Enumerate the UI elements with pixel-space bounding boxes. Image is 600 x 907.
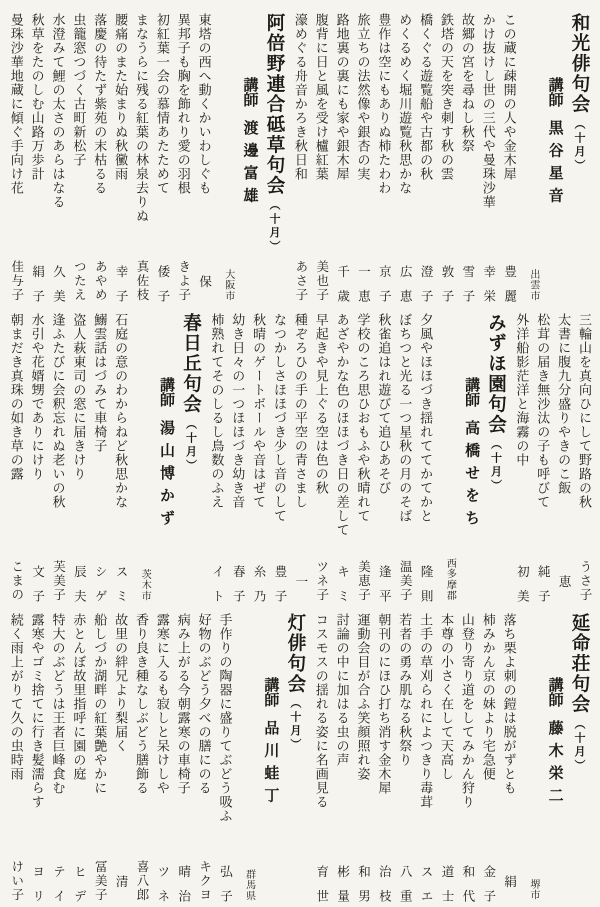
haiku-author: うさ子 xyxy=(577,560,591,602)
haiku-author: キミ xyxy=(335,565,349,614)
haiku-column: 水引や花婿甥でありにけり文子 xyxy=(30,313,44,602)
haiku-column: めくるめく堀川遊覧秋思かな広恵 xyxy=(398,13,412,302)
lecturer-label: 講師 xyxy=(547,677,563,707)
haiku-column: 学校のころ思ひおもふや秋晴れて美恵子 xyxy=(356,313,370,602)
haiku-author: 金子 xyxy=(481,865,495,907)
lecturer-label: 講師 xyxy=(158,377,174,407)
haiku-column: 水澄みて鯉の太さのあらはなる久美 xyxy=(51,13,65,302)
haiku-author: 道士 xyxy=(439,865,453,907)
haiku-column: 続く雨上がりて久の虫時雨けい子 xyxy=(9,613,23,902)
haiku-author: 晴治 xyxy=(176,865,190,907)
haiku-column: 東塔の西へ動くかいわしぐも保 xyxy=(197,13,211,302)
haiku-text: 逢ふたびに会釈忘れぬ老いの秋 xyxy=(51,313,65,509)
haiku-column: 幼き日々の一つほほづき幼き音春子 xyxy=(231,313,245,602)
haiku-column: 腹背に日と風を受け櫨紅葉美也子 xyxy=(314,13,328,302)
haiku-author: 辰夫 xyxy=(72,565,86,614)
lecturer-label: 講師 xyxy=(242,77,258,107)
lecturer-name: 湯山博かず xyxy=(158,420,174,533)
haiku-column: 朝刊のにほひ打ち消す金木犀治枝 xyxy=(377,613,391,902)
haiku-text: 柿みかん京の妹より宅急便 xyxy=(481,613,495,781)
haiku-text: 船しづか湖畔の紅葉艶やかに xyxy=(93,613,107,795)
haiku-author: 幸栄 xyxy=(481,265,495,314)
haiku-column: 旅立ちの法然像や銀杏の実一恵 xyxy=(356,13,370,302)
haiku-author: 一 xyxy=(293,575,307,589)
haiku-column: 秋晴のゲートボールや音はぜて糸乃 xyxy=(251,313,265,602)
haiku-text: 露寒やゴミ捨てに行き髪濡らす xyxy=(30,613,44,809)
city-label: 大阪市 xyxy=(223,269,234,301)
haiku-author: 美恵子 xyxy=(356,560,370,602)
haiku-author: ツネ子 xyxy=(314,560,328,602)
haiku-column: 柿熟れてそのしるし鳥数のふえイト xyxy=(210,313,224,602)
haiku-column: 異邦子も胸を飾れり愛の羽根きよ子 xyxy=(176,13,190,302)
haiku-text: 盗人萩東司の窓に届きけり xyxy=(72,313,86,481)
haiku-author: 春子 xyxy=(231,565,245,614)
haiku-text: 秋晴のゲートボールや音はぜて xyxy=(251,313,265,509)
haiku-column: 腰痛のまた始まりぬ秋黴雨幸子 xyxy=(113,13,127,302)
section-city: 群馬県 xyxy=(244,613,255,902)
haiku-author: こまの xyxy=(9,560,23,602)
haiku-column: かけ抜けし世の三代や曼珠沙華幸栄 xyxy=(481,13,495,302)
lecturer-name: 品川蛙丁 xyxy=(262,720,278,810)
haiku-column: 露寒やゴミ捨てに行き髪濡らすヨリ xyxy=(30,613,44,902)
haiku-text: 故郷の宮を尋ねし秋祭 xyxy=(460,13,474,153)
haiku-column: 落慶の待たず紫苑の末枯るるあやめ xyxy=(93,13,107,302)
haiku-text: 露寒に入るも寂しと呆けしや xyxy=(155,613,169,795)
city-label: 西多摩郡 xyxy=(444,558,455,601)
haiku-column: 露寒に入るも寂しと呆けしやツネ xyxy=(155,613,169,902)
section-lecturer: 講師黒谷星音 xyxy=(546,13,562,302)
section-city: 出雲市 xyxy=(528,13,539,302)
haiku-author: 清 xyxy=(113,875,127,889)
city-label: 出雲市 xyxy=(528,269,539,301)
haiku-text: 種ぞろひの手の平空の青さまし xyxy=(293,313,307,509)
haiku-magazine-page: 和光俳句会（十月） 講師黒谷星音 出雲市 この蔵に疎開の人や金木犀豊麗 かけ抜け… xyxy=(0,0,600,907)
lecturer-name: 渡邊富雄 xyxy=(242,120,258,210)
haiku-text: 夕風やほほづき揺れててかてかと xyxy=(418,313,432,523)
haiku-author: 絹子 xyxy=(30,265,44,314)
haiku-author: 一恵 xyxy=(356,265,370,314)
city-label: 茨木市 xyxy=(139,569,150,601)
haiku-column: 逢ふたびに会釈忘れぬ老いの秋芙美子 xyxy=(51,313,65,602)
haiku-text: 水澄みて鯉の太さのあらはなる xyxy=(51,13,65,209)
haiku-column: まなうらに残る紅葉の林泉去りぬ真佐枝 xyxy=(134,13,148,302)
haiku-column: 運動会目が合ふ笑顔照れ姿和男 xyxy=(356,613,370,902)
haiku-text: 朝刊のにほひ打ち消す金木犀 xyxy=(377,613,391,795)
haiku-text: 故里の絆兄より梨届く xyxy=(113,613,127,753)
haiku-author: 倭子 xyxy=(155,265,169,314)
haiku-column: 橋くぐる遊覧船や古都の秋澄子 xyxy=(418,13,432,302)
haiku-author: ツネ xyxy=(155,865,169,907)
haiku-author: 治枝 xyxy=(377,865,391,907)
haiku-text: なつかしさほほづき少し音のして xyxy=(272,313,286,523)
haiku-text: 太書に腹九分盛りやきのこ飯 xyxy=(556,313,570,495)
band-middle: 三輪山を真向ひにして野路の秋うさ子 太書に腹九分盛りやきのこ飯恵 松茸の届き無沙… xyxy=(9,313,591,602)
section-title-text: 灯俳句会 xyxy=(285,613,305,694)
section-title: 春日丘句会（十月） xyxy=(180,313,199,602)
band-top: 和光俳句会（十月） 講師黒谷星音 出雲市 この蔵に疎開の人や金木犀豊麗 かけ抜け… xyxy=(9,13,591,302)
section-lecturer: 講師藤木栄二 xyxy=(546,613,562,902)
section-title: 灯俳句会（十月） xyxy=(284,613,303,902)
haiku-author: 糸乃 xyxy=(251,565,265,614)
haiku-column: 太書に腹九分盛りやきのこ飯恵 xyxy=(556,313,570,602)
haiku-text: 若者の勇み肌なる秋祭り xyxy=(398,613,412,767)
city-label: 群馬県 xyxy=(244,869,255,901)
haiku-text: 橋くぐる遊覧船や古都の秋 xyxy=(418,13,432,181)
haiku-column: 種ぞろひの手の平空の青さまし一 xyxy=(293,313,307,602)
lecturer-name: 黒谷星音 xyxy=(547,120,563,210)
haiku-author: 久美 xyxy=(51,265,65,314)
haiku-column: 朝まだき真珠の如き草の露こまの xyxy=(9,313,23,602)
section-lecturer: 講師品川蛙丁 xyxy=(262,613,278,902)
haiku-author: 弘子 xyxy=(218,865,232,907)
haiku-author: キクヨ xyxy=(197,860,211,902)
haiku-text: この蔵に疎開の人や金木犀 xyxy=(502,13,516,181)
section-header-enmeiso: 延命荘句会（十月） 講師藤木栄二 堺市 xyxy=(528,613,588,902)
section-month: （十月） xyxy=(490,438,502,493)
haiku-text: 外洋船影茫洋と海霧の中 xyxy=(515,313,529,467)
haiku-author: 広恵 xyxy=(398,265,412,314)
section-city: 大阪市 xyxy=(223,13,234,302)
haiku-author: 純子 xyxy=(536,565,550,614)
haiku-column: 好物のぶどう夕べの膳にのるキクヨ xyxy=(197,613,211,902)
section-month: （十月） xyxy=(573,118,585,173)
haiku-column: 曼珠沙華地蔵に傾ぐ手向け花佳与子 xyxy=(9,13,23,302)
haiku-text: 落慶の待たず紫苑の末枯るる xyxy=(93,13,107,195)
haiku-text: 落ち栗よ刺の鎧は脱がずとも xyxy=(502,613,516,795)
haiku-text: 虫籠窓つづく古町新松子 xyxy=(72,13,86,167)
haiku-author: あさ子 xyxy=(293,260,307,302)
haiku-column: 山登り寄り道をしてみかん狩り和代 xyxy=(460,613,474,902)
section-title-text: 春日丘句会 xyxy=(180,313,200,415)
haiku-text: 鉄塔の天を突き刺す秋の雲 xyxy=(439,13,453,181)
haiku-text: 朝まだき真珠の如き草の露 xyxy=(9,313,23,481)
section-lecturer: 講師湯山博かず xyxy=(157,313,173,602)
band-bottom: 延命荘句会（十月） 講師藤木栄二 堺市 落ち栗よ刺の鎧は脱がずとも絹 柿みかん京… xyxy=(9,613,591,902)
haiku-author: 喜八郎 xyxy=(134,860,148,902)
haiku-text: かけ抜けし世の三代や曼珠沙華 xyxy=(481,13,495,209)
haiku-author: けい子 xyxy=(9,860,23,902)
haiku-text: 香り良き種なしぶどう膳飾る xyxy=(134,613,148,795)
haiku-column: 故里の絆兄より梨届く清 xyxy=(113,613,127,902)
haiku-text: 濠めぐる舟音かろき秋日和 xyxy=(293,13,307,181)
haiku-author: テイ xyxy=(51,865,65,907)
haiku-author: 佳与子 xyxy=(9,260,23,302)
haiku-column: 早起きや見上ぐる空は色の秋ツネ子 xyxy=(314,313,328,602)
haiku-author: ヒデ xyxy=(72,865,86,907)
haiku-text: 腹背に日と風を受け櫨紅葉 xyxy=(314,13,328,181)
haiku-text: めくるめく堀川遊覧秋思かな xyxy=(398,13,412,195)
haiku-column: 秋草をたのしむ山路万歩計絹子 xyxy=(30,13,44,302)
haiku-column: 濠めぐる舟音かろき秋日和あさ子 xyxy=(293,13,307,302)
haiku-column: 鉄塔の天を突き刺す秋の雲敦子 xyxy=(439,13,453,302)
section-header-wako: 和光俳句会（十月） 講師黒谷星音 出雲市 xyxy=(528,13,588,302)
haiku-column: 松茸の届き無沙汰の子も呼びて純子 xyxy=(536,313,550,602)
haiku-column: 三輪山を真向ひにして野路の秋うさ子 xyxy=(577,313,591,602)
haiku-text: 三輪山を真向ひにして野路の秋 xyxy=(577,313,591,509)
haiku-text: まなうらに残る紅葉の林泉去りぬ xyxy=(134,13,148,223)
haiku-text: 石庭の意のわからねど秋思かな xyxy=(113,313,127,509)
haiku-column: 石庭の意のわからねど秋思かなスミ xyxy=(113,313,127,602)
haiku-text: 腰痛のまた始まりぬ秋黴雨 xyxy=(113,13,127,181)
haiku-text: 秋草をたのしむ山路万歩計 xyxy=(30,13,44,181)
haiku-text: 水引や花婿甥でありにけり xyxy=(30,313,44,481)
haiku-author: あやめ xyxy=(93,260,107,302)
haiku-text: 豊作は空にもありぬ柿たわわ xyxy=(377,13,391,195)
section-header-abeno: 阿倍野連合砥草句会（十月） 講師渡邊富雄 大阪市 xyxy=(223,13,283,302)
haiku-text: 赤とんぼ故里指呼に園の庭 xyxy=(72,613,86,781)
haiku-author: イト xyxy=(210,565,224,614)
haiku-column: 路地裏の裏にも家や銀木犀千歳 xyxy=(335,13,349,302)
haiku-author: スエ xyxy=(418,865,432,907)
haiku-author: シゲ xyxy=(93,565,107,614)
section-title: 和光俳句会（十月） xyxy=(569,13,588,302)
haiku-column: 落ち栗よ刺の鎧は脱がずとも絹 xyxy=(502,613,516,902)
haiku-author: 芙美子 xyxy=(51,560,65,602)
lecturer-label: 講師 xyxy=(262,677,278,707)
haiku-text: あざやかな色のほほづき日の差して xyxy=(335,313,349,537)
haiku-author: つたえ xyxy=(72,260,86,302)
haiku-column: 故郷の宮を尋ねし秋祭雪子 xyxy=(460,13,474,302)
haiku-text: ぼちつと光る一つ星秋の月のそば xyxy=(398,313,412,523)
section-month: （十月） xyxy=(289,697,301,752)
section-title-text: 延命荘句会 xyxy=(569,613,589,715)
haiku-column: 手作りの陶器に盛りてぶどう吸ふ弘子 xyxy=(218,613,232,902)
haiku-text: 続く雨上がりて久の虫時雨 xyxy=(9,613,23,781)
haiku-column: 討論の中に加はる虫の声彬量 xyxy=(335,613,349,902)
haiku-author: 八重 xyxy=(398,865,412,907)
haiku-text: 早起きや見上ぐる空は色の秋 xyxy=(314,313,328,495)
haiku-author: 絹 xyxy=(502,875,516,889)
haiku-text: 手作りの陶器に盛りてぶどう吸ふ xyxy=(218,613,232,823)
haiku-author: ヨリ xyxy=(30,865,44,907)
section-header-akari: 灯俳句会（十月） 講師品川蛙丁 群馬県 xyxy=(244,613,304,902)
haiku-author: 和男 xyxy=(356,865,370,907)
haiku-text: 好物のぶどう夕べの膳にのる xyxy=(197,613,211,795)
haiku-text: コスモスの揺れる姿に名画見る xyxy=(314,613,328,809)
haiku-text: 異邦子も胸を飾れり愛の羽根 xyxy=(176,13,190,195)
haiku-author: 彬量 xyxy=(335,865,349,907)
haiku-text: 初紅葉一会の慕情あたためて xyxy=(155,13,169,195)
haiku-text: 路地裏の裏にも家や銀木犀 xyxy=(335,13,349,181)
haiku-column: 船しづか湖畔の紅葉艶やかに冨美子 xyxy=(93,613,107,902)
haiku-author: 冨美子 xyxy=(93,860,107,902)
haiku-text: 本尊の小さく在して天高し xyxy=(439,613,453,781)
haiku-author: 美也子 xyxy=(314,260,328,302)
section-city: 茨木市 xyxy=(139,313,150,602)
lecturer-name: 藤木栄二 xyxy=(547,720,563,810)
haiku-text: 柿熟れてそのしるし鳥数のふえ xyxy=(210,313,224,509)
haiku-column: なつかしさほほづき少し音のして豊子 xyxy=(272,313,286,602)
lecturer-label: 講師 xyxy=(463,377,479,407)
haiku-author: 澄子 xyxy=(418,265,432,314)
haiku-column: 虫籠窓つづく古町新松子つたえ xyxy=(72,13,86,302)
haiku-author: きよ子 xyxy=(176,260,190,302)
haiku-column: この蔵に疎開の人や金木犀豊麗 xyxy=(502,13,516,302)
section-title: 阿倍野連合砥草句会（十月） xyxy=(264,13,283,302)
section-title-text: みずほ園句会 xyxy=(486,313,506,435)
section-title: 延命荘句会（十月） xyxy=(569,613,588,902)
section-city: 堺市 xyxy=(528,613,539,902)
haiku-author: 恵 xyxy=(556,575,570,589)
haiku-column: 土手の草刈られによつきり毒茸スエ xyxy=(418,613,432,902)
haiku-text: 討論の中に加はる虫の声 xyxy=(335,613,349,767)
haiku-column: ぼちつと光る一つ星秋の月のそば温美子 xyxy=(398,313,412,602)
section-title-text: 阿倍野連合砥草句会 xyxy=(264,13,284,196)
haiku-column: 赤とんぼ故里指呼に園の庭ヒデ xyxy=(72,613,86,902)
haiku-author: スミ xyxy=(113,565,127,614)
haiku-author: 豊麗 xyxy=(502,265,516,314)
haiku-text: 運動会目が合ふ笑顔照れ姿 xyxy=(356,613,370,781)
haiku-column: 病み上がる今朝露寒の車椅子晴治 xyxy=(176,613,190,902)
haiku-author: 豊子 xyxy=(272,565,286,614)
haiku-author: 京子 xyxy=(377,265,391,314)
haiku-text: 土手の草刈られによつきり毒茸 xyxy=(418,613,432,809)
haiku-text: 東塔の西へ動くかいわしぐも xyxy=(197,13,211,195)
section-title: みずほ園句会（十月） xyxy=(485,313,504,602)
haiku-column: 秋雀追はれ遊びて追ひあそび逢平 xyxy=(377,313,391,602)
haiku-column: 初紅葉一会の慕情あたためて倭子 xyxy=(155,13,169,302)
section-header-mizuho: みずほ園句会（十月） 講師高橋せをち 西多摩郡 xyxy=(444,313,504,602)
section-month: （十月） xyxy=(184,418,196,473)
haiku-text: 秋雀追はれ遊びて追ひあそび xyxy=(377,313,391,495)
lecturer-label: 講師 xyxy=(547,77,563,107)
haiku-column: コスモスの揺れる姿に名画見る育世 xyxy=(314,613,328,902)
section-title-text: 和光俳句会 xyxy=(569,13,589,115)
haiku-author: 雪子 xyxy=(460,265,474,314)
haiku-text: 鰯雲話はづみて車椅子 xyxy=(93,313,107,453)
haiku-author: 初美 xyxy=(515,565,529,614)
section-city: 西多摩郡 xyxy=(444,313,455,602)
haiku-author: 温美子 xyxy=(398,560,412,602)
haiku-column: 柿みかん京の妹より宅急便金子 xyxy=(481,613,495,902)
section-month: （十月） xyxy=(573,718,585,773)
haiku-column: 本尊の小さく在して天高し道士 xyxy=(439,613,453,902)
haiku-author: 隆則 xyxy=(418,565,432,614)
haiku-text: 旅立ちの法然像や銀杏の実 xyxy=(356,13,370,181)
haiku-column: 鰯雲話はづみて車椅子シゲ xyxy=(93,313,107,602)
section-lecturer: 講師渡邊富雄 xyxy=(241,13,257,302)
haiku-column: あざやかな色のほほづき日の差してキミ xyxy=(335,313,349,602)
haiku-author: 敦子 xyxy=(439,265,453,314)
haiku-text: 特大のぶどうは王者巨峰食む xyxy=(51,613,65,795)
lecturer-name: 高橋せをち xyxy=(463,420,479,533)
haiku-column: 若者の勇み肌なる秋祭り八重 xyxy=(398,613,412,902)
haiku-author: 逢平 xyxy=(377,565,391,614)
haiku-author: 保 xyxy=(197,275,211,289)
haiku-author: 千歳 xyxy=(335,265,349,314)
haiku-column: 盗人萩東司の窓に届きけり辰夫 xyxy=(72,313,86,602)
haiku-author: 育世 xyxy=(314,865,328,907)
haiku-author: 和代 xyxy=(460,865,474,907)
haiku-text: 学校のころ思ひおもふや秋晴れて xyxy=(356,313,370,523)
haiku-text: 松茸の届き無沙汰の子も呼びて xyxy=(536,313,550,509)
haiku-column: 特大のぶどうは王者巨峰食むテイ xyxy=(51,613,65,902)
haiku-author: 幸子 xyxy=(113,265,127,314)
haiku-column: 外洋船影茫洋と海霧の中初美 xyxy=(515,313,529,602)
haiku-column: 豊作は空にもありぬ柿たわわ京子 xyxy=(377,13,391,302)
section-lecturer: 講師高橋せをち xyxy=(462,313,478,602)
haiku-author: 真佐枝 xyxy=(134,260,148,302)
haiku-text: 曼珠沙華地蔵に傾ぐ手向け花 xyxy=(9,13,23,195)
city-label: 堺市 xyxy=(528,879,539,901)
haiku-text: 山登り寄り道をしてみかん狩り xyxy=(460,613,474,809)
haiku-column: 夕風やほほづき揺れててかてかと隆則 xyxy=(418,313,432,602)
haiku-column: 香り良き種なしぶどう膳飾る喜八郎 xyxy=(134,613,148,902)
section-month: （十月） xyxy=(268,199,280,254)
haiku-text: 幼き日々の一つほほづき幼き音 xyxy=(231,313,245,509)
haiku-text: 病み上がる今朝露寒の車椅子 xyxy=(176,613,190,795)
haiku-author: 文子 xyxy=(30,565,44,614)
section-header-kasugaoka: 春日丘句会（十月） 講師湯山博かず 茨木市 xyxy=(139,313,199,602)
